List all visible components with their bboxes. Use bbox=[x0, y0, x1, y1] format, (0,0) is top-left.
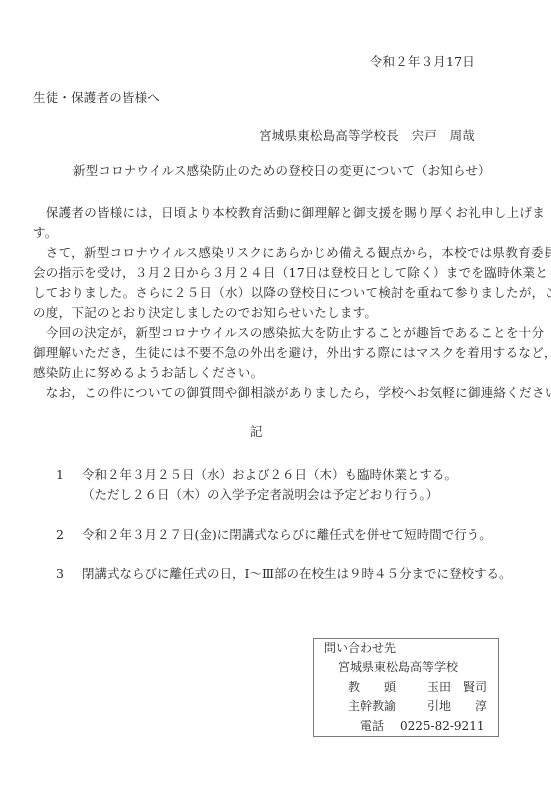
contact-school: 宮城県東松島高等学校 bbox=[338, 658, 458, 677]
paragraph-background: さて，新型コロナウイルス感染リスクにあらかじめ備える観点から，本校では県教育委員… bbox=[33, 243, 485, 323]
contact-heading: 問い合わせ先 bbox=[324, 639, 396, 658]
paragraph-line: 会の指示を受け，３月２日から３月２４日（17日は登校日として除く）までを臨時休業… bbox=[33, 263, 485, 283]
ki-heading: 記 bbox=[250, 424, 263, 440]
item-subtext: （ただし２６日（木）の入学予定者説明会は予定どおり行う。） bbox=[56, 485, 457, 505]
phone-number: 0225-82-9211 bbox=[400, 717, 484, 736]
item-number: 3 bbox=[56, 564, 82, 584]
item-text: 令和２年３月２５日（水）および２６日（木）も臨時休業とする。 bbox=[82, 467, 457, 482]
paragraph-line: さて，新型コロナウイルス感染リスクにあらかじめ備える観点から，本校では県教育委員 bbox=[33, 243, 485, 263]
item-number: 1 bbox=[56, 465, 82, 485]
paragraph-line: しておりました。さらに２５日（水）以降の登校日について検討を重ねて参りましたが，… bbox=[33, 283, 485, 303]
vice-principal-name: 玉田 賢司 bbox=[427, 678, 487, 697]
paragraph-request: 今回の決定が，新型コロナウイルスの感染拡大を防止することが趣旨であることを十分 … bbox=[33, 323, 485, 383]
document-date: 令和２年３月17日 bbox=[370, 54, 475, 70]
item-text: 令和２年３月２７日(金)に閉講式ならびに離任式を併せて短時間で行う。 bbox=[82, 527, 492, 542]
list-item-2: 2令和２年３月２７日(金)に閉講式ならびに離任式を併せて短時間で行う。 bbox=[56, 525, 492, 545]
chief-teacher-name: 引地 淳 bbox=[427, 697, 487, 716]
paragraph-line: す。 bbox=[33, 223, 485, 243]
contact-box: 問い合わせ先 宮城県東松島高等学校 教 頭 玉田 賢司 主幹教諭 引地 淳 電話… bbox=[313, 638, 499, 737]
paragraph-line: なお，この件についての御質問や御相談がありましたら，学校へお気軽に御連絡ください… bbox=[33, 383, 485, 403]
addressee: 生徒・保護者の皆様へ bbox=[33, 90, 160, 106]
paragraph-line: 保護者の皆様には，日頃より本校教育活動に御理解と御支援を賜り厚くお礼申し上げま bbox=[33, 203, 485, 223]
paragraph-contact-note: なお，この件についての御質問や御相談がありましたら，学校へお気軽に御連絡ください… bbox=[33, 383, 485, 403]
paragraph-line: の度，下記のとおり決定しましたのでお知らせいたします。 bbox=[33, 303, 485, 323]
phone-label: 電話 bbox=[360, 717, 384, 736]
sender: 宮城県東松島高等学校長 宍戸 周哉 bbox=[259, 128, 475, 144]
list-item-3: 3閉講式ならびに離任式の日，Ⅰ～Ⅲ部の在校生は９時４５分までに登校する。 bbox=[56, 564, 512, 584]
list-item-1: 1令和２年３月２５日（水）および２６日（木）も臨時休業とする。 （ただし２６日（… bbox=[56, 465, 457, 505]
paragraph-line: 御理解いただき，生徒には不要不急の外出を避け，外出する際にはマスクを着用するなど… bbox=[33, 343, 485, 363]
item-number: 2 bbox=[56, 525, 82, 545]
document-title: 新型コロナウイルス感染防止のための登校日の変更について（お知らせ） bbox=[73, 163, 491, 179]
vice-principal-title: 教 頭 bbox=[348, 678, 396, 697]
paragraph-greeting: 保護者の皆様には，日頃より本校教育活動に御理解と御支援を賜り厚くお礼申し上げま … bbox=[33, 203, 485, 243]
chief-teacher-title: 主幹教諭 bbox=[348, 697, 396, 716]
item-text: 閉講式ならびに離任式の日，Ⅰ～Ⅲ部の在校生は９時４５分までに登校する。 bbox=[82, 566, 512, 581]
paragraph-line: 感染防止に努めるようお話しください。 bbox=[33, 363, 485, 383]
paragraph-line: 今回の決定が，新型コロナウイルスの感染拡大を防止することが趣旨であることを十分 bbox=[33, 323, 485, 343]
body-text: 保護者の皆様には，日頃より本校教育活動に御理解と御支援を賜り厚くお礼申し上げま … bbox=[33, 203, 485, 403]
